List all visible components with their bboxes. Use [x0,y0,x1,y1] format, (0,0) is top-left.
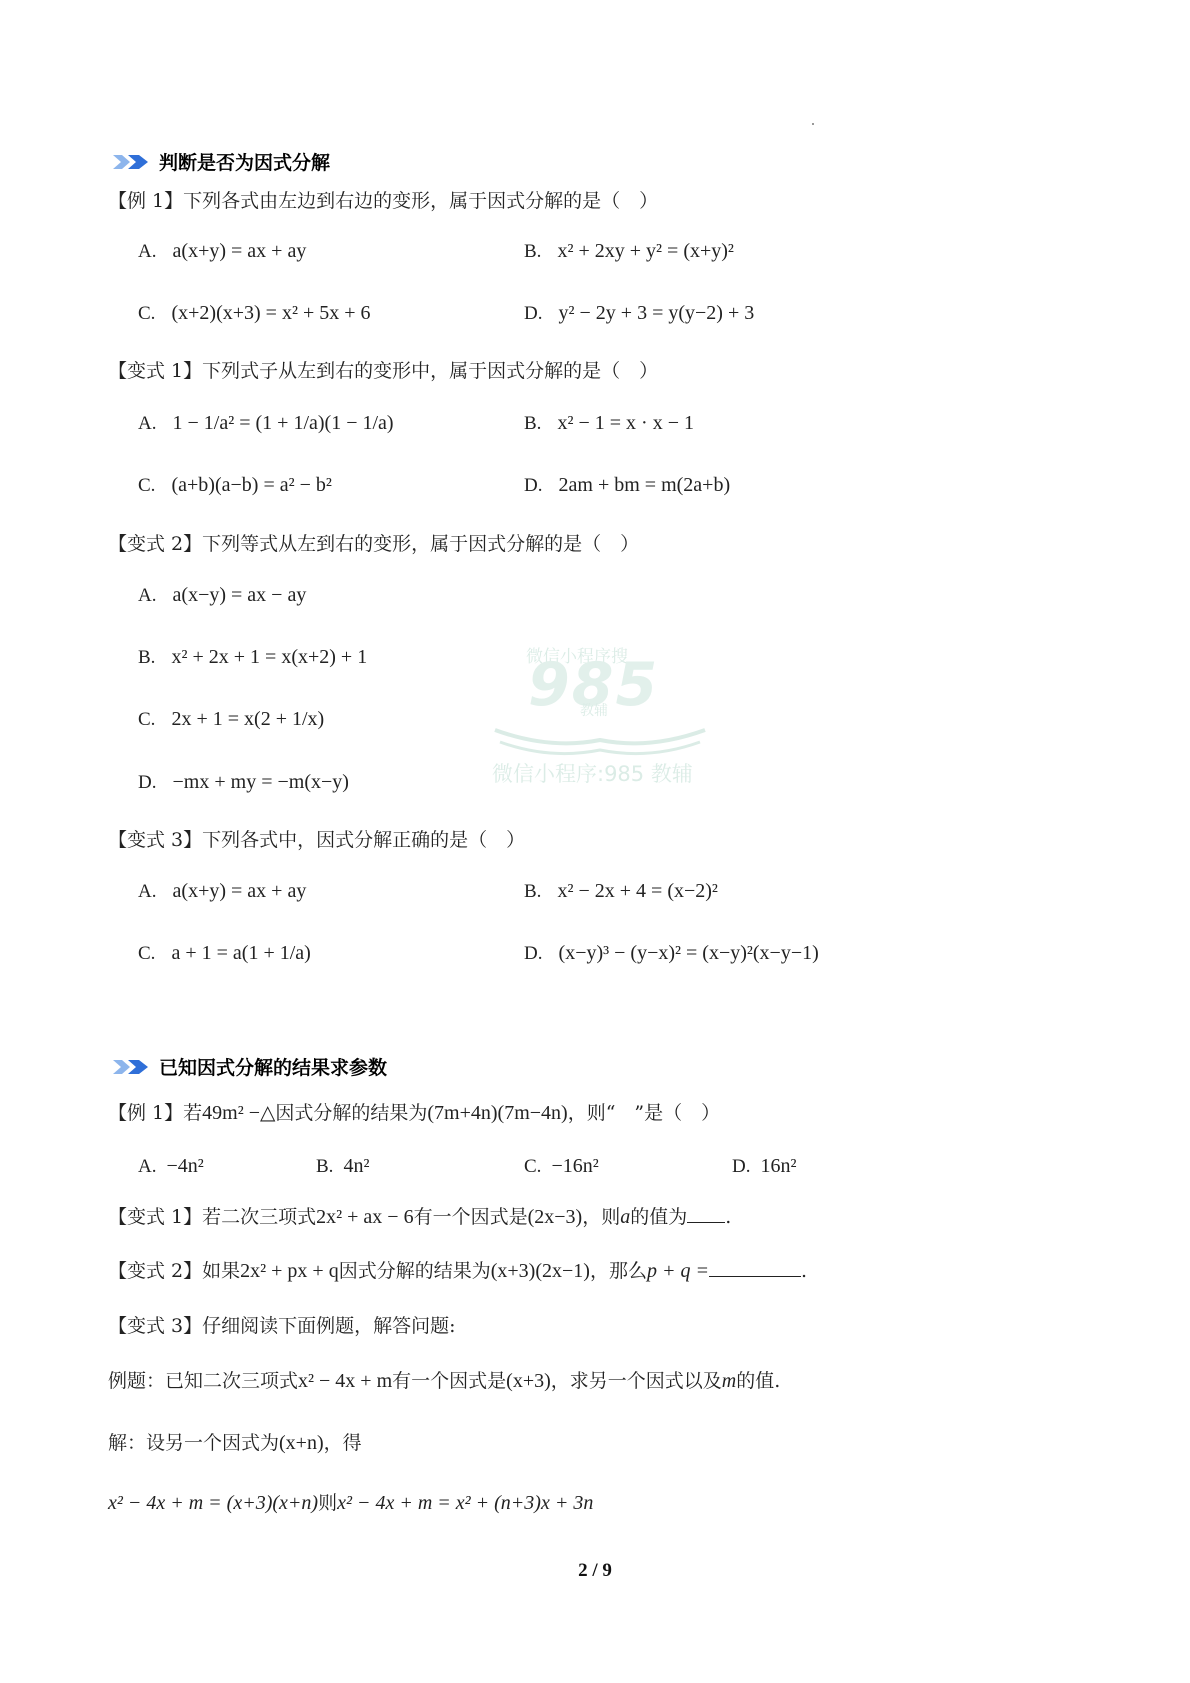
section-heading-2: 已知因式分解的结果求参数 [113,1053,387,1080]
option-c[interactable]: C. (x+2)(x+3) = x² + 5x + 6 [138,302,371,325]
option-expr: a(x+y) = ax + ay [173,240,307,262]
book-icon [490,720,710,760]
option-label: B. [524,413,541,434]
math-expr: (2x−3) [528,1206,583,1228]
math-expr: x² − 4x + m [298,1370,392,1392]
option-label: B. [316,1156,333,1177]
stray-dot [812,123,814,125]
question-text: 下列等式从左到右的变形，属于因式分解的是（ ） [202,533,639,555]
question-text: ，则“ ”是（ ） [568,1102,720,1124]
section-heading-1: 判断是否为因式分解 [113,148,330,175]
option-d[interactable]: D. −mx + my = −m(x−y) [138,771,349,794]
section-heading-2-text: 已知因式分解的结果求参数 [159,1053,387,1080]
question-text: 若 [183,1102,202,1124]
option-d[interactable]: D. 2am + bm = m(2a+b) [524,474,730,497]
question-tag: 【例 1】 [108,1102,183,1124]
question-text: 下列各式由左边到右边的变形，属于因式分解的是（ ） [183,190,658,212]
question-variant-1: 【变式 1】下列式子从左到右的变形中，属于因式分解的是（ ） [108,356,658,383]
option-label: A. [138,585,156,606]
example-problem: 例题：已知二次三项式x² − 4x + m有一个因式是(x+3)，求另一个因式以… [108,1366,780,1393]
option-expr: 2am + bm = m(2a+b) [559,474,731,496]
option-label: D. [138,772,156,793]
math-var: m [722,1370,736,1392]
option-label: C. [524,1156,541,1177]
equation-text: 则 [318,1492,337,1514]
option-d[interactable]: D.16n² [732,1155,796,1178]
question-text: 如果 [202,1260,240,1282]
question-text: ，那么 [590,1260,647,1282]
question-variant-2: 【变式 2】下列等式从左到右的变形，属于因式分解的是（ ） [108,529,639,556]
question-text: 因式分解的结果为 [339,1260,491,1282]
math-expr: (x+3)(2x−1) [491,1260,590,1282]
option-label: D. [524,475,542,496]
math-expr: 2x² + px + q [240,1260,339,1282]
watermark-sub: 教辅 [580,700,608,720]
option-label: A. [138,881,156,902]
option-b[interactable]: B. x² + 2x + 1 = x(x+2) + 1 [138,646,367,669]
math-expr: x² − 4x + m = (x+3)(x+n) [108,1492,318,1514]
question-tag: 【变式 1】 [108,360,202,382]
double-chevron-icon [113,1058,153,1076]
solution-text: 解：设另一个因式为 [108,1432,279,1454]
page-number: 2 / 9 [0,1560,1190,1582]
solution-line: 解：设另一个因式为(x+n)，得 [108,1428,362,1455]
option-b[interactable]: B.4n² [316,1155,369,1178]
math-expr: p + q = [647,1260,709,1282]
question-tag: 【例 1】 [108,190,183,212]
question-text: 有一个因式是 [414,1206,528,1228]
question-tag: 【变式 3】 [108,829,202,851]
math-expr: (x+n) [279,1432,324,1454]
option-a[interactable]: A.−4n² [138,1155,204,1178]
question-example-1b: 【例 1】若49m² −△因式分解的结果为(7m+4n)(7m−4n)，则“ ”… [108,1098,720,1125]
option-b[interactable]: B. x² + 2xy + y² = (x+y)² [524,240,734,263]
question-text: ，则 [582,1206,620,1228]
question-variant-3b: 【变式 3】仔细阅读下面例题，解答问题: [108,1311,456,1338]
question-tag: 【变式 3】 [108,1315,202,1337]
answer-blank[interactable] [687,1206,725,1223]
solution-text: ，得 [324,1432,362,1454]
question-tag: 【变式 2】 [108,1260,202,1282]
option-expr: (x−y)³ − (y−x)² = (x−y)²(x−y−1) [559,942,819,964]
option-expr: x² + 2xy + y² = (x+y)² [557,240,733,262]
option-label: D. [524,303,542,324]
option-c[interactable]: C. 2x + 1 = x(2 + 1/x) [138,708,324,731]
question-text: 若二次三项式 [202,1206,316,1228]
question-text: 仔细阅读下面例题，解答问题: [202,1315,455,1337]
double-chevron-icon [113,153,153,171]
option-expr: x² − 2x + 4 = (x−2)² [557,880,717,902]
option-b[interactable]: B. x² − 1 = x · x − 1 [524,412,694,435]
option-expr: (a+b)(a−b) = a² − b² [171,474,331,496]
question-text: 因式分解的结果为 [275,1102,427,1124]
option-a[interactable]: A. a(x+y) = ax + ay [138,880,306,903]
watermark: 微信小程序搜 985 教辅 微信小程序:985 教辅 [490,640,720,780]
option-c[interactable]: C. a + 1 = a(1 + 1/a) [138,942,311,965]
option-label: B. [524,881,541,902]
option-label: A. [138,413,156,434]
example-text: 有一个因式是 [392,1370,506,1392]
math-expr: (7m+4n)(7m−4n) [427,1102,567,1124]
option-label: A. [138,241,156,262]
math-var: a [620,1206,630,1228]
option-label: D. [524,943,542,964]
option-expr: a + 1 = a(1 + 1/a) [171,942,310,964]
question-variant-1b: 【变式 1】若二次三项式2x² + ax − 6有一个因式是(2x−3)，则a的… [108,1202,731,1229]
option-label: C. [138,303,155,324]
option-expr: (x+2)(x+3) = x² + 5x + 6 [171,302,370,324]
option-label: B. [524,241,541,262]
option-a[interactable]: A. a(x+y) = ax + ay [138,240,306,263]
option-expr: y² − 2y + 3 = y(y−2) + 3 [559,302,755,324]
option-expr: −4n² [166,1155,203,1177]
section-heading-1-text: 判断是否为因式分解 [159,148,330,175]
option-expr: x² − 1 = x · x − 1 [557,412,694,434]
option-c[interactable]: C.−16n² [524,1155,599,1178]
question-tag: 【变式 1】 [108,1206,202,1228]
watermark-caption: 微信小程序:985 教辅 [492,758,693,788]
option-expr: a(x+y) = ax + ay [173,880,307,902]
question-variant-3: 【变式 3】下列各式中，因式分解正确的是（ ） [108,825,525,852]
example-text: 例题：已知二次三项式 [108,1370,298,1392]
question-end: . [725,1206,731,1228]
question-text: 下列式子从左到右的变形中，属于因式分解的是（ ） [202,360,658,382]
option-b[interactable]: B. x² − 2x + 4 = (x−2)² [524,880,718,903]
question-tag: 【变式 2】 [108,533,202,555]
example-text: 的值. [736,1370,780,1392]
option-a[interactable]: A. a(x−y) = ax − ay [138,584,306,607]
example-text: ，求另一个因式以及 [551,1370,722,1392]
math-expr: 2x² + ax − 6 [316,1206,413,1228]
option-label: C. [138,943,155,964]
option-d[interactable]: D. y² − 2y + 3 = y(y−2) + 3 [524,302,754,325]
math-expr: 49m² −△ [202,1102,275,1124]
option-label: C. [138,475,155,496]
option-expr: −16n² [551,1155,598,1177]
option-expr: x² + 2x + 1 = x(x+2) + 1 [171,646,367,668]
math-expr: x² − 4x + m = x² + (n+3)x + 3n [337,1492,593,1514]
option-a[interactable]: A. 1 − 1/a² = (1 + 1/a)(1 − 1/a) [138,412,394,435]
option-expr: −mx + my = −m(x−y) [173,771,349,793]
question-variant-2b: 【变式 2】如果2x² + px + q因式分解的结果为(x+3)(2x−1)，… [108,1256,807,1283]
option-label: D. [732,1156,750,1177]
option-c[interactable]: C. (a+b)(a−b) = a² − b² [138,474,332,497]
answer-blank[interactable] [709,1260,801,1277]
option-expr: a(x−y) = ax − ay [173,584,307,606]
equation-line: x² − 4x + m = (x+3)(x+n)则x² − 4x + m = x… [108,1488,593,1515]
option-expr: 1 − 1/a² = (1 + 1/a)(1 − 1/a) [173,412,394,434]
question-text: 下列各式中，因式分解正确的是（ ） [202,829,525,851]
option-expr: 4n² [343,1155,369,1177]
option-label: C. [138,709,155,730]
question-example-1: 【例 1】下列各式由左边到右边的变形，属于因式分解的是（ ） [108,186,658,213]
question-text: 的值为 [630,1206,687,1228]
option-label: A. [138,1156,156,1177]
option-label: B. [138,647,155,668]
math-expr: (x+3) [506,1370,551,1392]
option-expr: 16n² [760,1155,796,1177]
option-expr: 2x + 1 = x(2 + 1/x) [171,708,324,730]
question-end: . [801,1260,807,1282]
option-d[interactable]: D. (x−y)³ − (y−x)² = (x−y)²(x−y−1) [524,942,819,965]
